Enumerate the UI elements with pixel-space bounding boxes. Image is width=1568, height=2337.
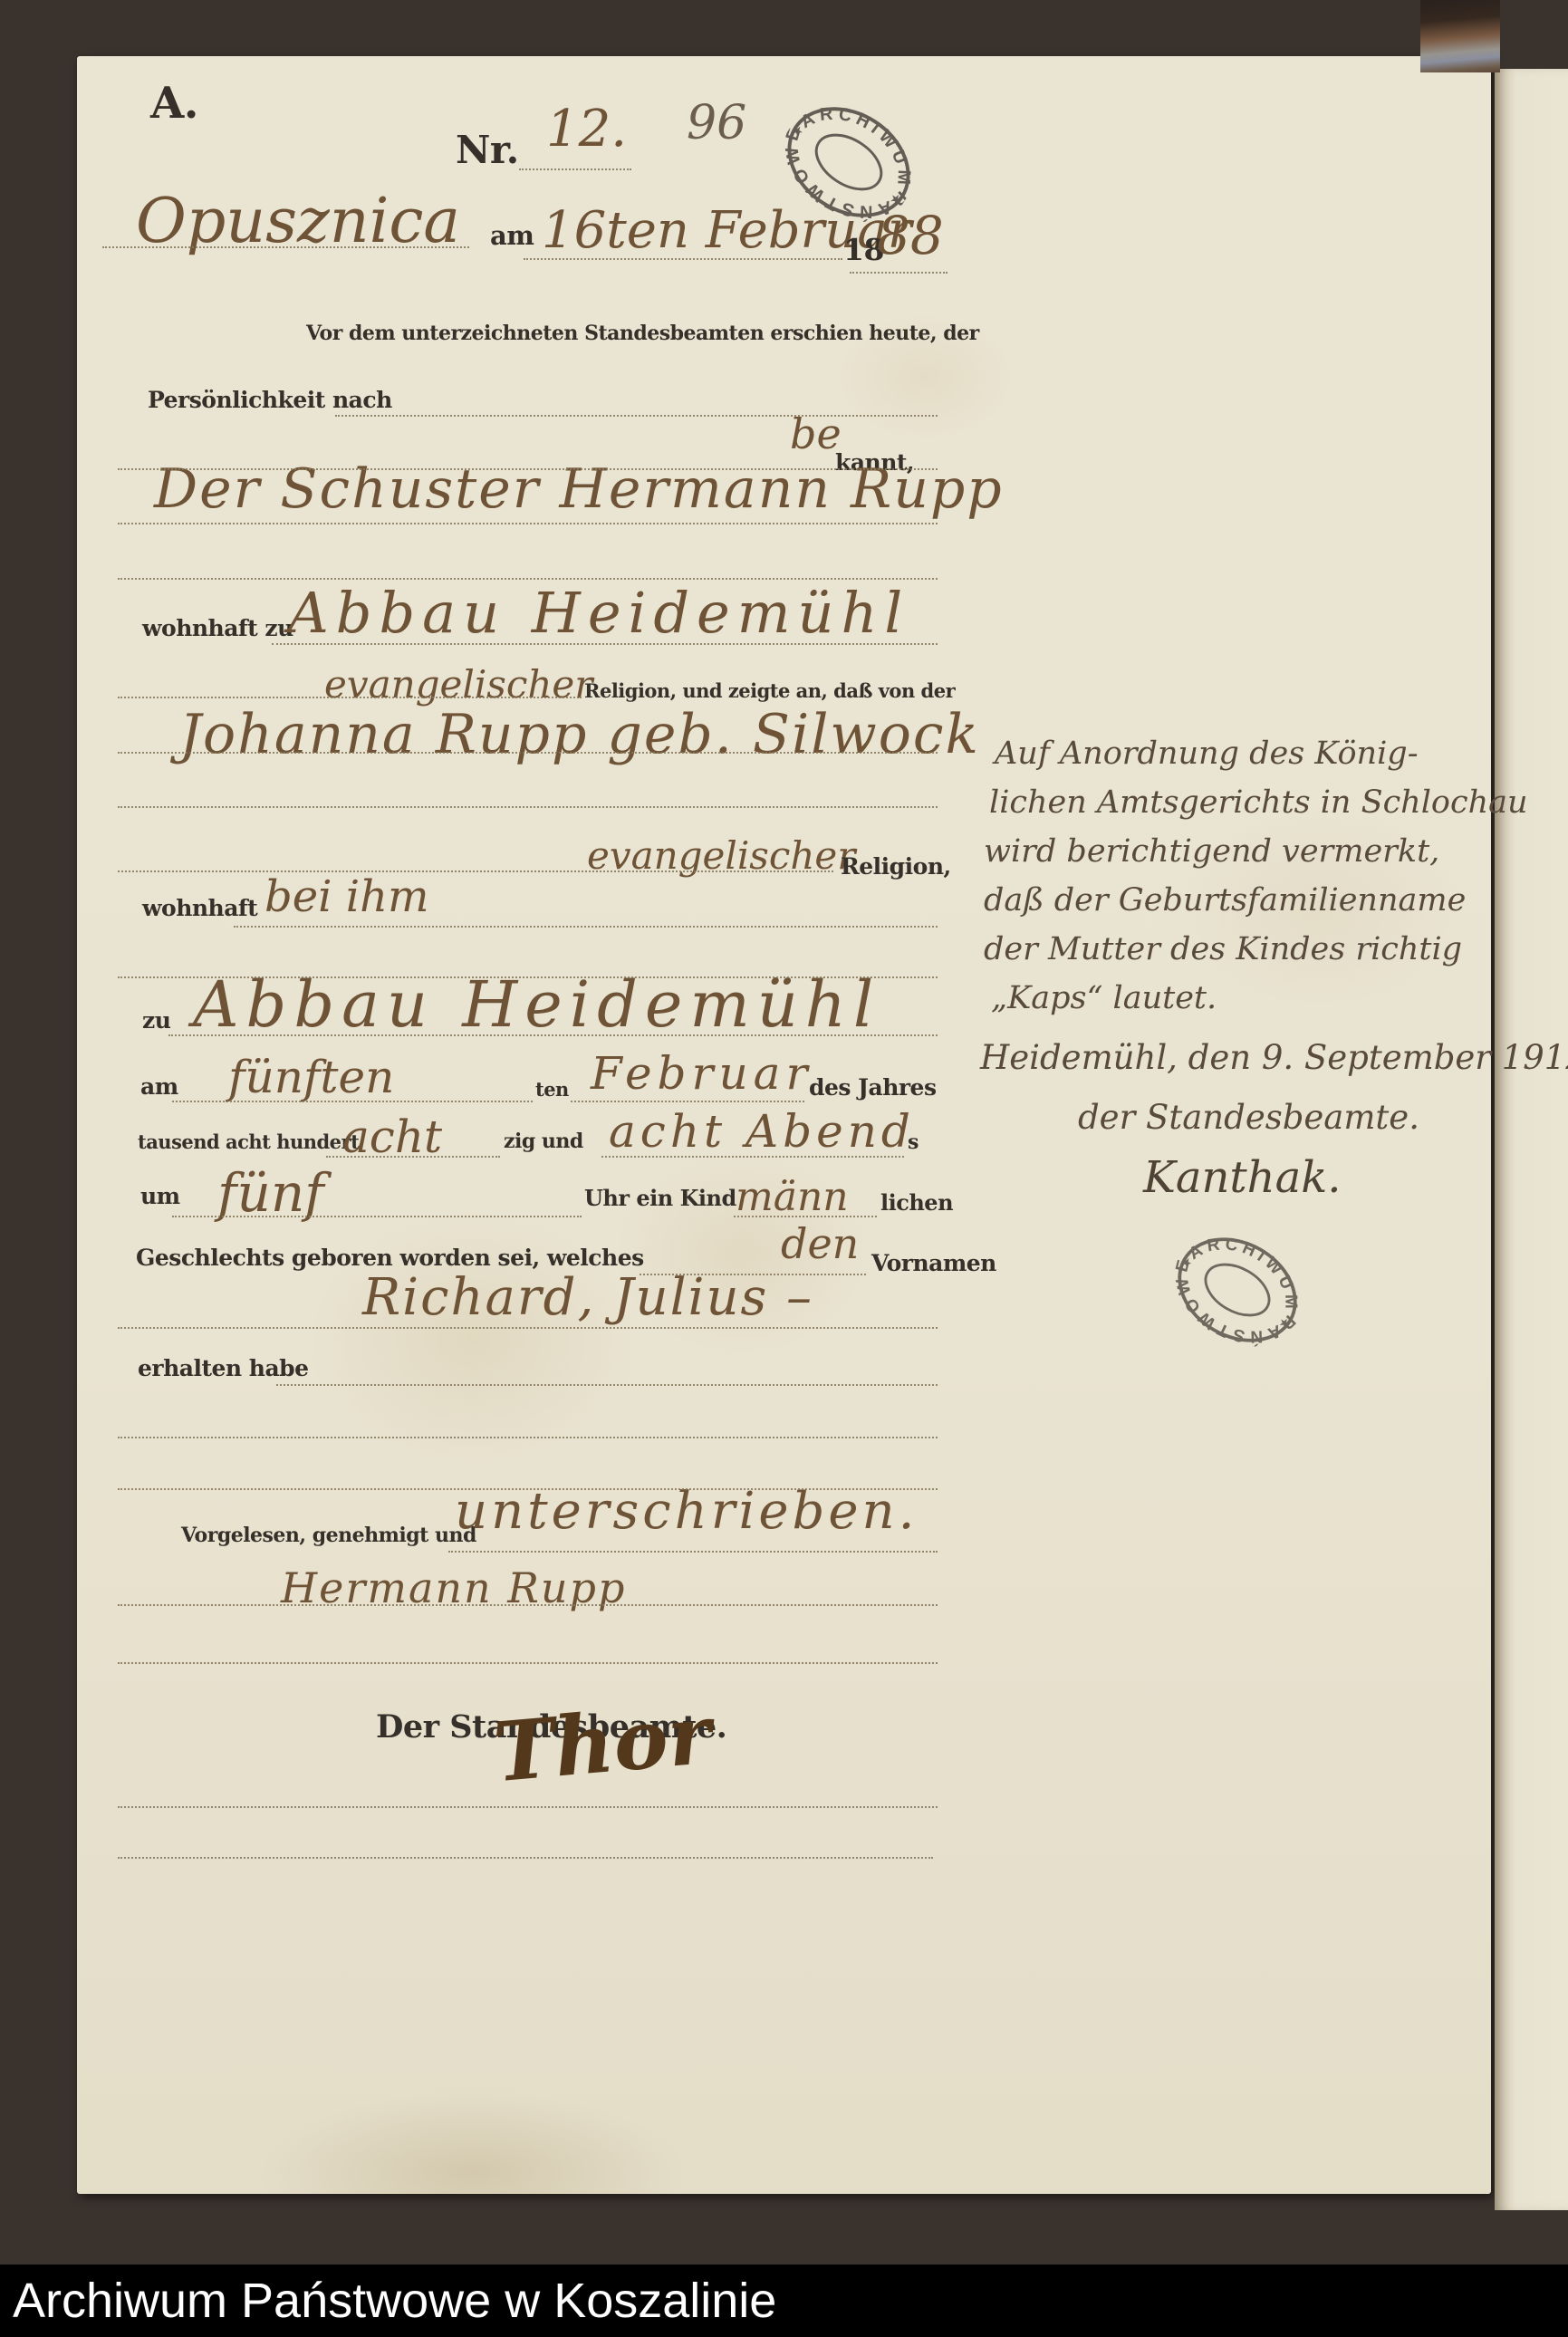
zu-label: zu [142, 1007, 170, 1034]
dotted-line [519, 168, 631, 170]
dotted-line [118, 752, 938, 754]
uhr-kind-label: Uhr ein Kind [584, 1185, 736, 1211]
margin-note-signature: Kanthak. [1143, 1152, 1342, 1203]
dotted-line [118, 1437, 938, 1438]
birth-month-written: Februar [591, 1047, 813, 1100]
archive-caption: Archiwum Państwowe w Koszalinie [13, 2273, 776, 2329]
margin-note-line: der Mutter des Kindes richtig [984, 931, 1462, 967]
dotted-line [326, 1156, 500, 1158]
dotted-line [118, 578, 938, 580]
dotted-line [234, 926, 938, 928]
am-label: am [490, 220, 534, 251]
mother-residence-written: bei ihm [265, 871, 429, 922]
dotted-line [118, 806, 938, 808]
lichen-label: lichen [880, 1189, 953, 1216]
margin-note-line: daß der Geburtsfamilienname [984, 882, 1466, 918]
geschlechts-label: Geschlechts geboren worden sei, welches [136, 1245, 644, 1271]
dotted-line [118, 1857, 933, 1859]
religion-1-label: Religion, und zeigte an, daß von der [584, 679, 955, 702]
dotted-line [850, 272, 948, 274]
vorgelesen-label: Vorgelesen, genehmigt und [181, 1524, 476, 1547]
declarant-residence-written: Abbau Heidemühl [288, 580, 909, 646]
um-label: um [140, 1183, 180, 1209]
official-signature: Thor [490, 1687, 715, 1802]
dotted-line [276, 1384, 938, 1386]
margin-note-line: „Kaps“ lautet. [991, 980, 1217, 1016]
margin-note-line: Auf Anordnung des König- [995, 736, 1419, 772]
religion-1-written: evangelischer [324, 662, 592, 707]
des-jahres-label: des Jahres [809, 1074, 937, 1101]
record-number-label: Nr. [456, 128, 519, 172]
am-day-label: am [140, 1073, 178, 1100]
dotted-line [118, 976, 938, 978]
year-ones-written: acht Abend [609, 1105, 915, 1158]
tausend-label: tausend acht hundert [138, 1130, 359, 1153]
s-suffix-label: s [908, 1130, 919, 1154]
dotted-line [734, 1216, 877, 1217]
mother-written: Johanna Rupp geb. Silwock [179, 703, 980, 766]
dotted-line [118, 1604, 938, 1606]
dotted-line [640, 1274, 866, 1275]
dotted-line [118, 697, 582, 698]
archive-caption-bar: Archiwum Państwowe w Koszalinie [0, 2265, 1568, 2337]
wohnhaft-zu-label: wohnhaft zu [142, 615, 293, 641]
erhalten-label: erhalten habe [138, 1355, 309, 1381]
birth-day-written: fünften [228, 1051, 394, 1103]
dotted-line [118, 1806, 938, 1808]
declarant-written: Der Schuster Hermann Rupp [154, 457, 1004, 521]
margin-note-date: Heidemühl, den 9. September 1912. [980, 1038, 1568, 1077]
wohnhaft-label: wohnhaft [142, 895, 257, 921]
dotted-line [102, 246, 469, 248]
child-names-written: Richard, Julius – [362, 1268, 813, 1327]
record-number-value: 12. [546, 100, 627, 159]
margin-note-signer-title: der Standesbeamte. [1078, 1098, 1419, 1137]
dotted-line [118, 1327, 938, 1329]
zig-und-label: zig und [504, 1130, 583, 1153]
persoenlichkeit-label: Persönlichkeit nach [148, 387, 392, 413]
dotted-line [168, 1034, 938, 1036]
book-binding-threads [1420, 0, 1500, 72]
dotted-line [118, 1662, 938, 1664]
dotted-line [601, 1156, 904, 1158]
dotted-line [571, 1101, 804, 1102]
dotted-line [172, 1101, 533, 1102]
dotted-line [335, 415, 938, 417]
dotted-line [118, 1488, 938, 1490]
vornamen-label: Vornamen [871, 1250, 996, 1276]
dotted-line [118, 468, 938, 470]
section-letter: A. [150, 78, 198, 129]
religion-2-label: Religion, [841, 853, 951, 880]
dotted-line [272, 643, 938, 645]
bekannt-written: be [790, 409, 842, 458]
dotted-line [118, 523, 938, 524]
dotted-line [172, 1216, 582, 1217]
margin-note-line: wird berichtigend vermerkt, [984, 833, 1439, 870]
dotted-line [118, 870, 833, 872]
ten-label: ten [535, 1078, 569, 1101]
unterschrieben-written: unterschrieben. [455, 1482, 918, 1541]
margin-note-line: lichen Amtsgerichts in Schlochau [989, 784, 1528, 821]
adjacent-page-edge [1495, 69, 1568, 2210]
pencil-page-number: 96 [687, 96, 746, 150]
birth-place-written: Abbau Heidemühl [193, 967, 880, 1042]
scanned-birth-record: A. Nr. 12. 96 Opusznica am 16ten Februar… [0, 0, 1568, 2337]
gender-written: männ [736, 1174, 849, 1220]
dotted-line [524, 258, 842, 260]
dotted-line [448, 1551, 938, 1553]
hour-written: fünf [217, 1162, 324, 1224]
den-written: den [781, 1219, 859, 1268]
intro-line: Vor dem unterzeichneten Standesbeamten e… [306, 322, 979, 345]
